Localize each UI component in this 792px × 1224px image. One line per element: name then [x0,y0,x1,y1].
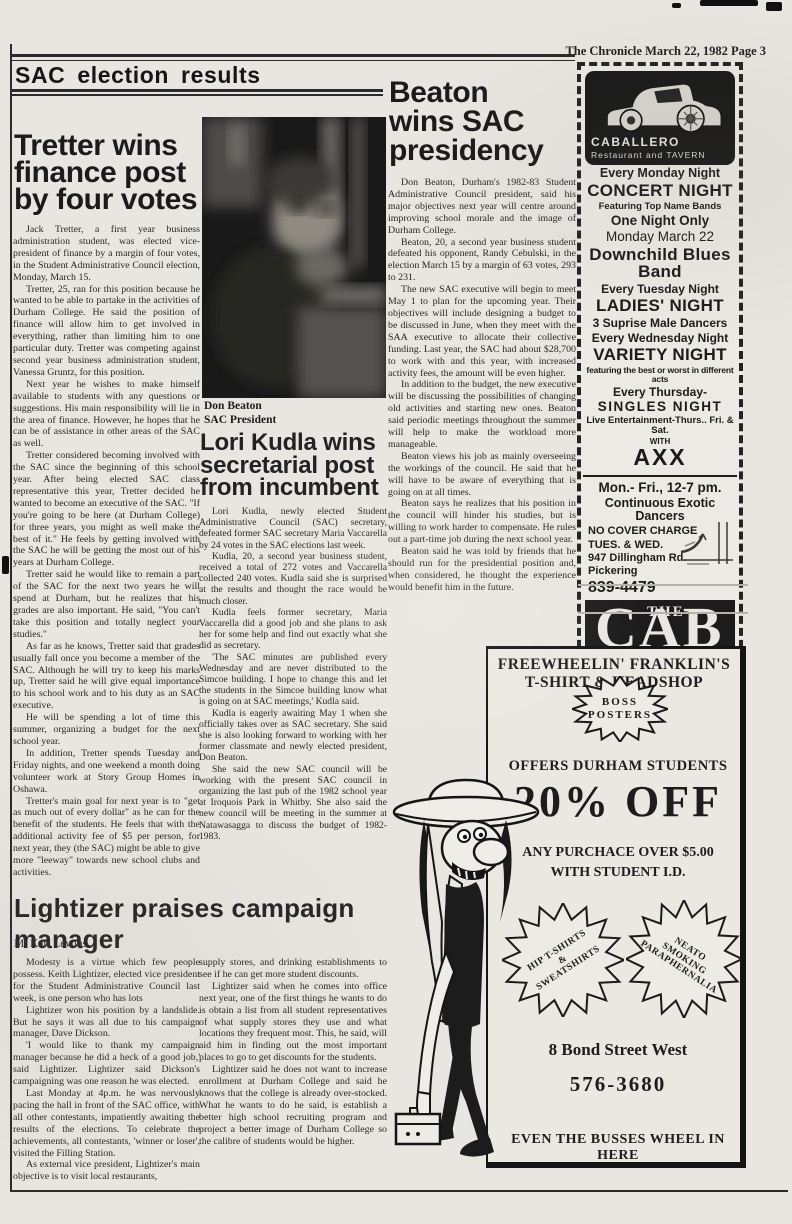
ad-line: CONCERT NIGHT [585,182,735,200]
paragraph: Kudla feels former secretary, Maria Vacc… [199,607,387,652]
ad-line: Every Thursday- [585,386,735,398]
paragraph: As external vice president, Lightizer's … [13,1159,200,1183]
paragraph: 'The SAC minutes are published every Wed… [199,652,387,708]
paragraph: Beaton said he was told by friends that … [388,546,576,594]
kudla-headline: Lori Kudla wins secretarial post from in… [200,432,395,500]
neato-smoking-burst: NEATO SMOKING PARAPHERNALIA [626,900,742,1018]
ad-line: Every Monday Night [585,167,735,180]
paragraph: Lightizer said he does not want to incre… [199,1064,387,1147]
caballero-ad: CABALLERO Restaurant and TAVERN Every Mo… [577,62,743,672]
paragraph: In addition, Tretter spends Tuesday and … [13,748,200,796]
ad-line: Downchild Blues Band [585,246,735,281]
paragraph: Beaton views his job as mainly overseein… [388,451,576,499]
paragraph: Last Monday at 4p.m. he was nervously pa… [13,1088,200,1159]
ad-line: Live Entertainment-Thurs.. Fri. & Sat. [585,416,735,436]
paragraph: Modesty is a virtue which few people pos… [13,957,200,1005]
beaton-headline: Beaton wins SAC presidency [389,78,579,165]
kudla-article-body: Lori Kudla, newly elected Student Admini… [199,506,387,842]
cab-feature: Continuous Exotic Dancers [585,497,735,523]
paragraph: Tretter considered becoming involved wit… [13,450,200,569]
double-rule-bottom [12,94,383,96]
paragraph: He will be spending a lot of time this s… [13,712,200,748]
band-name-axx: AXX [585,446,735,470]
lightizer-byline: M. Kari Lewins [14,938,87,950]
paragraph: Jack Tretter, a first year business admi… [13,224,200,284]
paragraph: Don Beaton, Durham's 1982-83 Student Adm… [388,177,576,237]
scan-artifact-line [578,584,748,586]
lightizer-col2: supply stores, and drinking establishmen… [199,957,387,1148]
newspaper-page: The Chronicle March 22, 1982 Page 3 SAC … [0,0,792,1224]
paragraph: Beaton, 20, a second year business stude… [388,237,576,285]
tretter-headline: Tretter wins finance post by four votes [14,132,209,213]
caballero-venue-name: CABALLERO [591,135,731,149]
page-border-left [10,44,12,1192]
photo-caption: Don Beaton SAC President [204,400,276,427]
double-rule-bottom [12,89,383,92]
ad-line: featuring the best or worst in different… [585,366,735,384]
scan-artifact-line [578,612,748,614]
paragraph: In addition to the budget, the new execu… [388,379,576,450]
section-banner: SAC election results [15,62,261,89]
vintage-car-illustration [591,74,739,132]
paragraph: The new SAC executive will begin to meet… [388,284,576,379]
franklin-character-illustration [388,772,542,1168]
franklins-title: FREEWHEELIN' FRANKLIN'S [488,656,740,674]
photo-caption-title: SAC President [204,414,276,428]
double-rule-top [12,60,575,62]
caballero-logo-box: CABALLERO Restaurant and TAVERN [585,71,735,165]
paragraph: Lightizer won his position by a landslid… [13,1005,200,1041]
paragraph: Lightizer said when he comes into office… [199,981,387,1064]
photo-don-beaton [202,117,386,398]
location-map-sketch [679,522,735,574]
masthead: The Chronicle March 22, 1982 Page 3 [430,44,766,59]
ad-line: VARIETY NIGHT [585,346,735,364]
ad-section-divider [583,475,737,477]
paragraph: She said the new SAC council will be wor… [199,764,387,842]
paragraph: Tretter said he would like to remain a p… [13,569,200,640]
paragraph: Kudla is eagerly awaiting May 1 when she… [199,708,387,764]
paragraph: Next year he wishes to make himself avai… [13,379,200,450]
ad-line: SINGLES NIGHT [585,400,735,414]
paragraph: Lori Kudla, newly elected Student Admini… [199,506,387,551]
paragraph: As far as he knows, Tretter said that gr… [13,641,200,712]
scan-smudge [700,0,758,6]
scan-smudge [672,3,681,8]
double-rule-top [12,54,575,57]
ad-line: Featuring Top Name Bands [585,202,735,212]
photo-caption-name: Don Beaton [204,400,276,414]
caballero-venue-subtitle: Restaurant and TAVERN [591,150,731,160]
scan-smudge [2,556,9,574]
ad-line: Every Tuesday Night [585,283,735,295]
cab-hours: Mon.- Fri., 12-7 pm. [585,481,735,495]
page-border-bottom [10,1190,788,1192]
beaton-article-body: Don Beaton, Durham's 1982-83 Student Adm… [388,177,576,594]
tretter-article-body: Jack Tretter, a first year business admi… [13,224,200,879]
ad-line: Every Wednesday Night [585,332,735,344]
boss-posters-burst: BOSS POSTERS [572,676,668,742]
paragraph: Kudla, 20, a second year business studen… [199,551,387,607]
lightizer-col1: Modesty is a virtue which few people pos… [13,957,200,1183]
ad-line: One Night Only [585,214,735,228]
ad-line: LADIES' NIGHT [585,297,735,315]
ad-line: 3 Suprise Male Dancers [585,317,735,329]
scan-smudge [766,2,782,11]
ad-line: Monday March 22 [585,230,735,244]
cab-info-row: NO COVER CHARGE TUES. & WED. 947 Dilling… [585,526,735,596]
paragraph: Tretter's main goal for next year is to … [13,796,200,879]
paragraph: supply stores, and drinking establishmen… [199,957,387,981]
paragraph: Beaton says he realizes that his positio… [388,498,576,546]
paragraph: 'I would like to thank my campaign manag… [13,1040,200,1088]
paragraph: Tretter, 25, ran for this position becau… [13,284,200,379]
